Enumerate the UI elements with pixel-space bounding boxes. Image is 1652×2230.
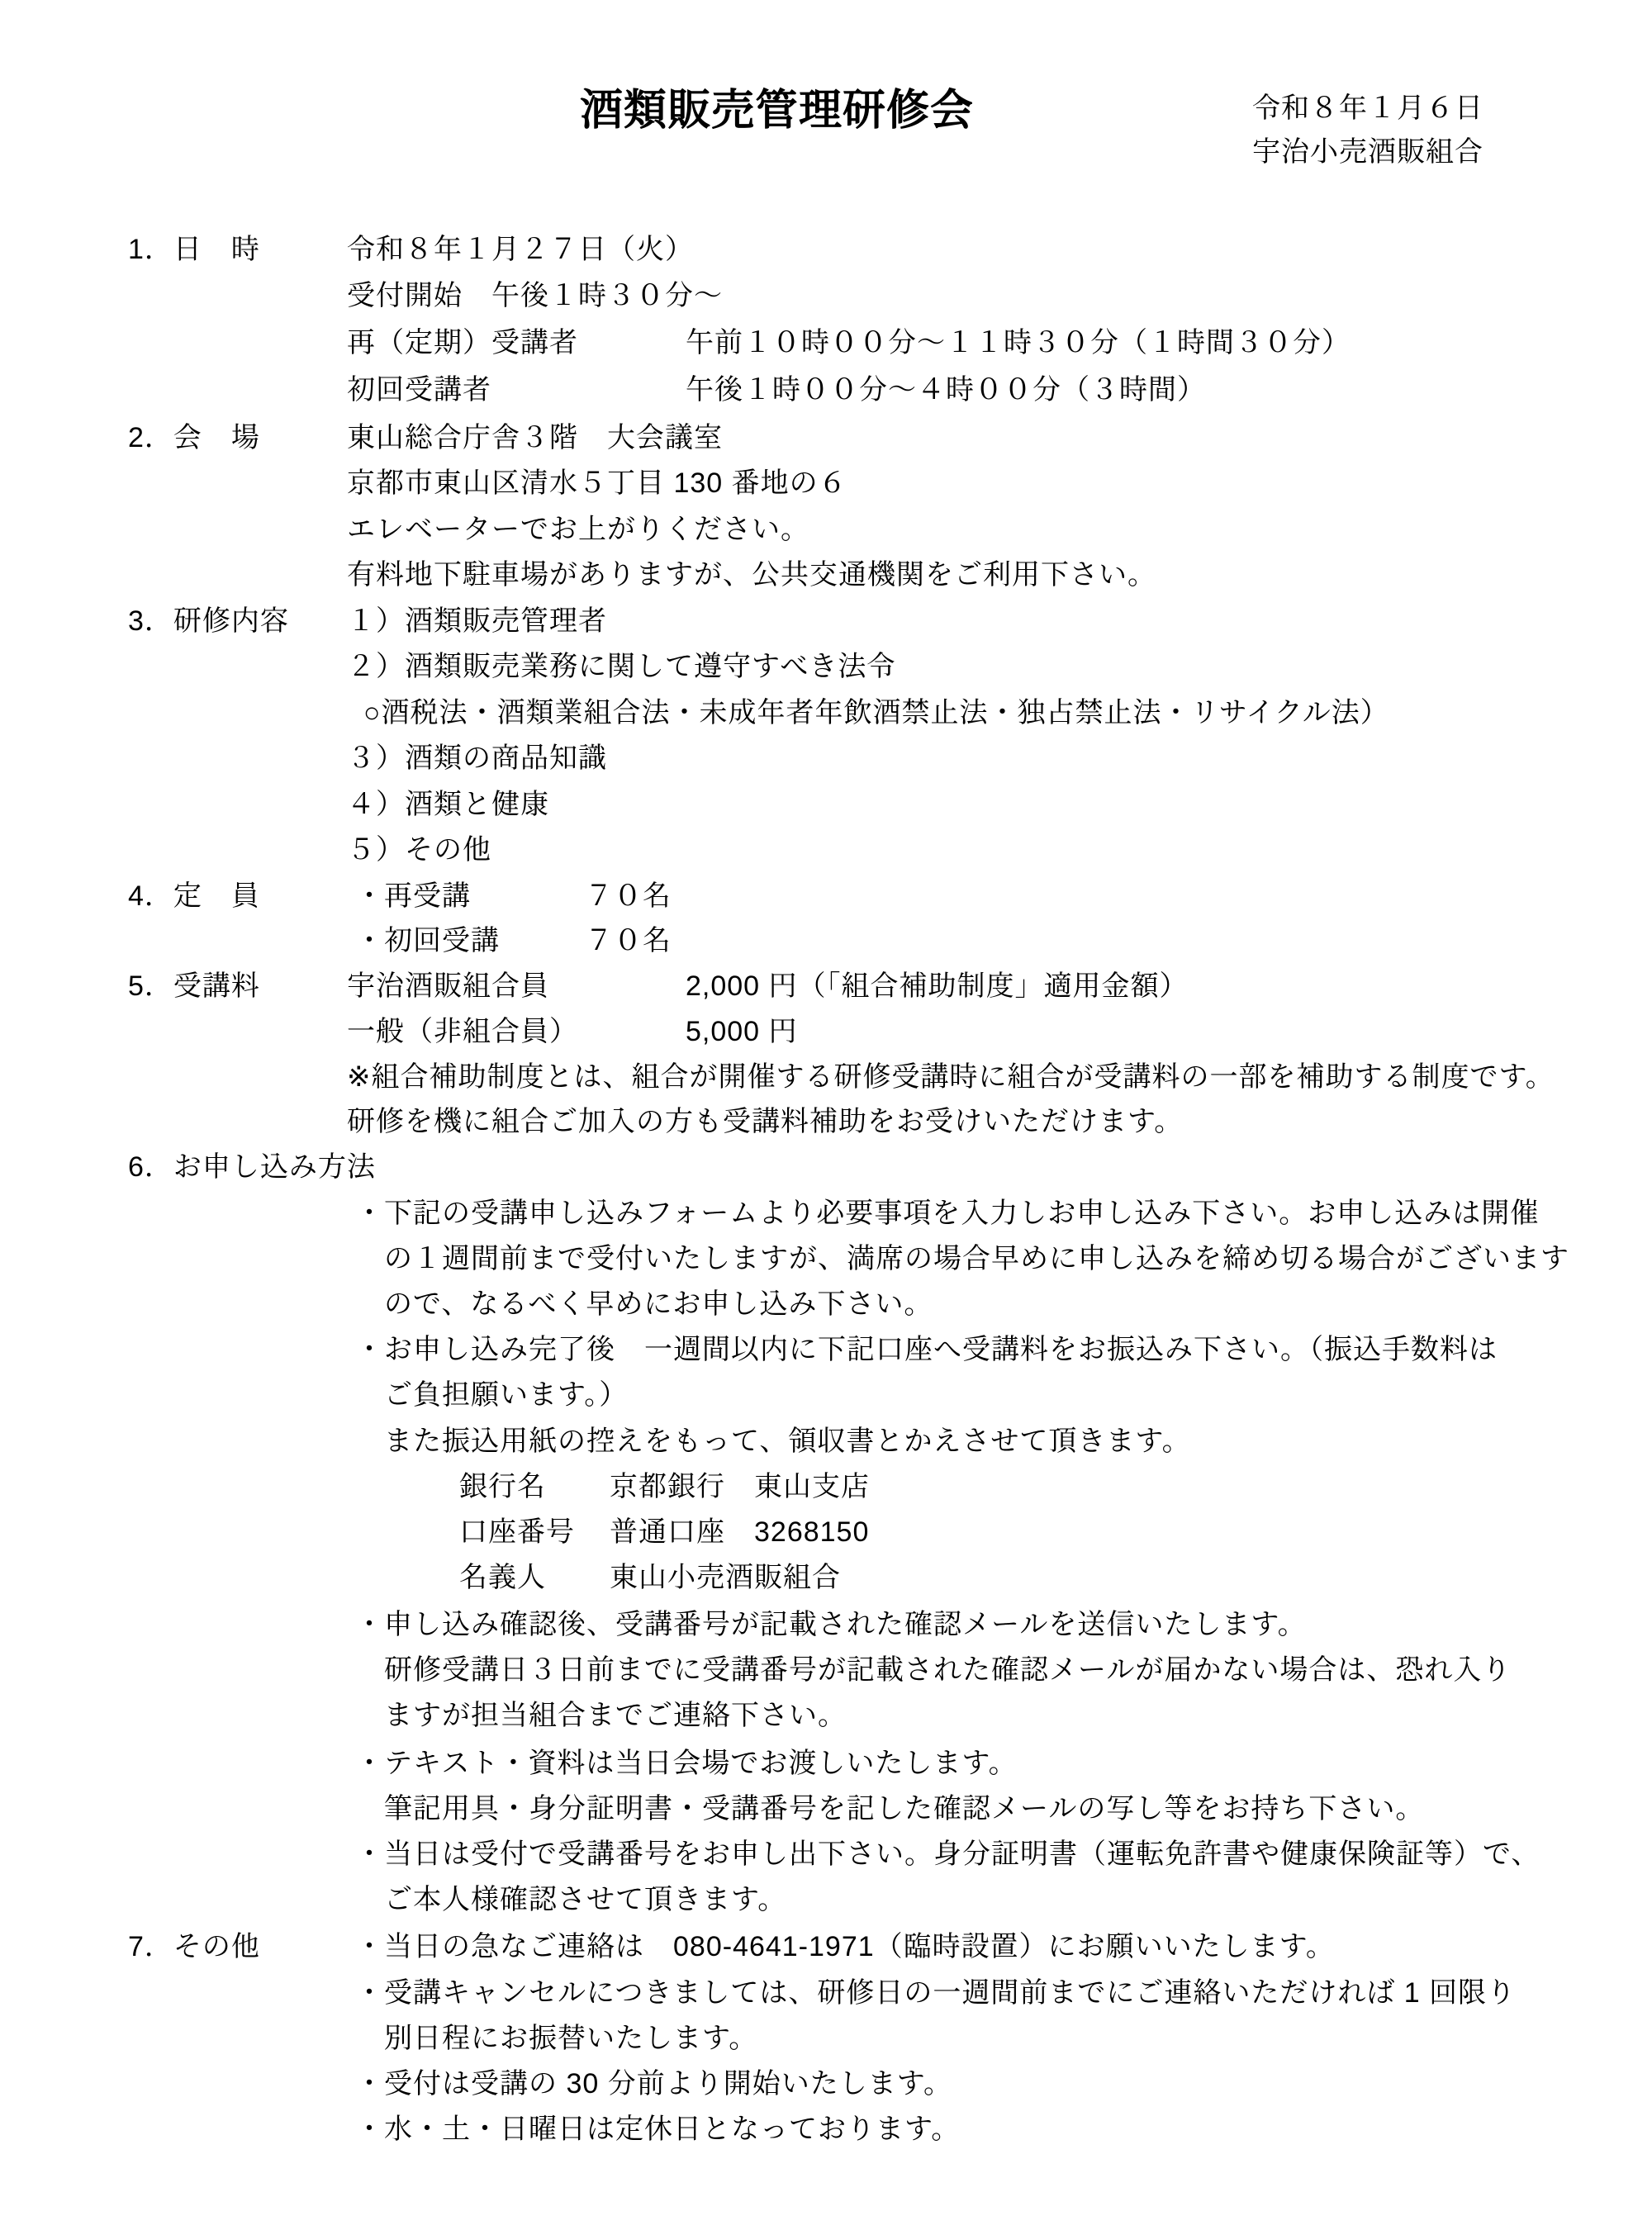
materials-2: 筆記用具・身分証明書・受講番号を記した確認メールの写し等をお持ち下さい。: [0, 1795, 1652, 1836]
id-check-1-part-0: ・当日は受付で受講番号をお申し出下さい。身分証明書（運転免許書や健康保険証等）で…: [355, 1840, 1540, 1870]
account-number-part-0: 口座番号: [459, 1518, 575, 1548]
id-check-2-part-0: ご本人様確認させて頂きます。: [384, 1886, 786, 1915]
bank-name-part-1: 京都銀行 東山支店: [610, 1473, 870, 1502]
section-1-datetime: 1．日 時令和８年１月２７日（火）: [0, 235, 1652, 277]
confirm-mail-3-part-0: ますが担当組合までご連絡下さい。: [384, 1701, 847, 1731]
content-item-5: ５）その他: [0, 836, 1652, 877]
content-item-3: ３）酒類の商品知識: [0, 744, 1652, 785]
confirm-mail-1-part-0: ・申し込み確認後、受講番号が記載された確認メールを送信いたします。: [355, 1611, 1307, 1640]
section-4-capacity-repeat-part-0: 4．定 員: [128, 882, 260, 912]
section-3-content-item-1-part-1: １）酒類販売管理者: [347, 607, 607, 637]
section-4-capacity-repeat: 4．定 員・再受講７０名: [0, 882, 1652, 923]
capacity-first-part-1: ７０名: [585, 927, 672, 956]
document-title: 酒類販売管理研修会: [580, 89, 974, 132]
repeat-attendee-time: 再（定期）受講者午前１０時００分～１１時３０分（１時間３０分）: [0, 329, 1652, 370]
reception-start-part-0: 受付開始 午後１時３０分～: [347, 282, 723, 311]
section-1-datetime-part-1: 令和８年１月２７日（火）: [347, 235, 694, 265]
payment-3-part-0: また振込用紙の控えをもって、領収書とかえさせて頂きます。: [384, 1427, 1191, 1457]
reception-open-note-part-0: ・受付は受講の 30 分前より開始いたします。: [355, 2070, 952, 2100]
id-check-1: ・当日は受付で受講番号をお申し出下さい。身分証明書（運転免許書や健康保険証等）で…: [0, 1840, 1652, 1881]
subsidy-note-1-part-0: ※組合補助制度とは、組合が開催する研修受講時に組合が受講料の一部を補助する制度で…: [347, 1063, 1555, 1093]
account-number-part-1: 普通口座 3268150: [610, 1518, 869, 1548]
repeat-attendee-time-part-1: 午前１０時００分～１１時３０分（１時間３０分）: [686, 329, 1351, 358]
materials-2-part-0: 筆記用具・身分証明書・受講番号を記した確認メールの写し等をお持ち下さい。: [384, 1795, 1424, 1824]
subsidy-note-2-part-0: 研修を機に組合ご加入の方も受講料補助をお受けいただけます。: [347, 1108, 1183, 1137]
apply-form-2: の１週間前まで受付いたしますが、満席の場合早めに申し込みを締め切る場合がございま…: [0, 1245, 1652, 1286]
payment-3: また振込用紙の控えをもって、領収書とかえさせて頂きます。: [0, 1427, 1652, 1468]
subsidy-note-2: 研修を機に組合ご加入の方も受講料補助をお受けいただけます。: [0, 1108, 1652, 1149]
apply-form-1: ・下記の受講申し込みフォームより必要事項を入力しお申し込み下さい。お申し込みは開…: [0, 1199, 1652, 1241]
venue-note-parking: 有料地下駐車場がありますが、公共交通機関をご利用下さい。: [0, 561, 1652, 602]
account-holder: 名義人東山小売酒販組合: [0, 1563, 1652, 1605]
first-attendee-time-part-0: 初回受講者: [347, 376, 491, 406]
content-item-2: ２）酒類販売業務に関して遵守すべき法令: [0, 652, 1652, 694]
apply-form-2-part-0: の１週間前まで受付いたしますが、満席の場合早めに申し込みを締め切る場合がございま…: [384, 1245, 1569, 1274]
venue-address-part-0: 京都市東山区清水５丁目 130 番地の６: [347, 469, 847, 499]
cancel-policy-1: ・受講キャンセルにつきましては、研修日の一週間前までにご連絡いただければ 1 回…: [0, 1979, 1652, 2020]
document-page: 酒類販売管理研修会 令和８年１月６日 宇治小売酒販組合 1．日 時令和８年１月２…: [0, 0, 1652, 2230]
cancel-policy-2: 別日程にお振替いたします。: [0, 2024, 1652, 2066]
content-item-4-part-0: ４）酒類と健康: [347, 790, 549, 820]
materials-1-part-0: ・テキスト・資料は当日会場でお渡しいたします。: [355, 1749, 1018, 1779]
payment-1: ・お申し込み完了後 一週間以内に下記口座へ受講料をお振込み下さい。（振込手数料は: [0, 1336, 1652, 1377]
account-holder-part-0: 名義人: [459, 1563, 546, 1593]
issuer-organization: 宇治小売酒販組合: [1252, 138, 1483, 166]
materials-1: ・テキスト・資料は当日会場でお渡しいたします。: [0, 1749, 1652, 1791]
venue-address: 京都市東山区清水５丁目 130 番地の６: [0, 469, 1652, 510]
bank-name-part-0: 銀行名: [459, 1473, 546, 1502]
confirm-mail-2-part-0: 研修受講日３日前までに受講番号が記載された確認メールが届かない場合は、恐れ入り: [384, 1656, 1511, 1686]
section-4-capacity-repeat-part-1: ・再受講: [355, 882, 471, 912]
section-2-venue-part-1: 東山総合庁舎３階 大会議室: [347, 424, 723, 453]
payment-1-part-0: ・お申し込み完了後 一週間以内に下記口座へ受講料をお振込み下さい。（振込手数料は: [355, 1336, 1498, 1365]
content-item-2-part-0: ２）酒類販売業務に関して遵守すべき法令: [347, 652, 895, 682]
capacity-first: ・初回受講７０名: [0, 927, 1652, 968]
payment-2: ご負担願います。）: [0, 1381, 1652, 1422]
content-item-2-laws: ○酒税法・酒類業組合法・未成年者年飲酒禁止法・独占禁止法・リサイクル法）: [0, 699, 1652, 740]
cancel-policy-2-part-0: 別日程にお振替いたします。: [384, 2024, 757, 2054]
first-attendee-time: 初回受講者午後１時００分～４時００分（３時間）: [0, 376, 1652, 417]
content-item-5-part-0: ５）その他: [347, 836, 491, 866]
subsidy-note-1: ※組合補助制度とは、組合が開催する研修受講時に組合が受講料の一部を補助する制度で…: [0, 1063, 1652, 1104]
section-3-content-item-1-part-0: 3．研修内容: [128, 607, 289, 637]
fee-general-part-0: 一般（非組合員）: [347, 1018, 578, 1047]
section-7-emergency-contact-part-1: ・当日の急なご連絡は 080-4641-1971（臨時設置）にお願いいたします。: [355, 1933, 1335, 1962]
fee-general-part-1: 5,000 円: [686, 1018, 798, 1047]
section-5-fee-member-part-2: 2,000 円（「組合補助制度」適用金額）: [686, 972, 1189, 1002]
content-item-4: ４）酒類と健康: [0, 790, 1652, 832]
section-1-datetime-part-0: 1．日 時: [128, 235, 260, 265]
issue-date: 令和８年１月６日: [1252, 94, 1483, 122]
section-7-emergency-contact-part-0: 7．その他: [128, 1933, 260, 1962]
section-7-emergency-contact: 7．その他・当日の急なご連絡は 080-4641-1971（臨時設置）にお願いい…: [0, 1933, 1652, 1974]
section-5-fee-member-part-1: 宇治酒販組合員: [347, 972, 549, 1002]
reception-start: 受付開始 午後１時３０分～: [0, 282, 1652, 323]
apply-form-1-part-0: ・下記の受講申し込みフォームより必要事項を入力しお申し込み下さい。お申し込みは開…: [355, 1199, 1539, 1229]
account-holder-part-1: 東山小売酒販組合: [610, 1563, 841, 1593]
repeat-attendee-time-part-0: 再（定期）受講者: [347, 329, 578, 358]
reception-open-note: ・受付は受講の 30 分前より開始いたします。: [0, 2070, 1652, 2111]
section-6-heading: 6．お申し込み方法: [0, 1153, 1652, 1194]
cancel-policy-1-part-0: ・受講キャンセルにつきましては、研修日の一週間前までにご連絡いただければ 1 回…: [355, 1979, 1516, 2009]
section-2-venue-part-0: 2．会 場: [128, 424, 260, 453]
closed-days-note-part-0: ・水・土・日曜日は定休日となっております。: [355, 2115, 960, 2145]
fee-general: 一般（非組合員）5,000 円: [0, 1018, 1652, 1059]
closed-days-note: ・水・土・日曜日は定休日となっております。: [0, 2115, 1652, 2156]
apply-form-3: ので、なるべく早めにお申し込み下さい。: [0, 1290, 1652, 1331]
section-2-venue: 2．会 場東山総合庁舎３階 大会議室: [0, 424, 1652, 465]
section-5-fee-member: 5．受講料宇治酒販組合員2,000 円（「組合補助制度」適用金額）: [0, 972, 1652, 1013]
bank-name: 銀行名京都銀行 東山支店: [0, 1473, 1652, 1514]
section-4-capacity-repeat-part-2: ７０名: [585, 882, 672, 912]
first-attendee-time-part-1: 午後１時００分～４時００分（３時間）: [686, 376, 1206, 406]
section-6-heading-part-0: 6．お申し込み方法: [128, 1153, 376, 1183]
confirm-mail-2: 研修受講日３日前までに受講番号が記載された確認メールが届かない場合は、恐れ入り: [0, 1656, 1652, 1697]
venue-note-elevator-part-0: エレベーターでお上がりください。: [347, 515, 809, 545]
content-item-3-part-0: ３）酒類の商品知識: [347, 744, 607, 774]
section-3-content-item-1: 3．研修内容１）酒類販売管理者: [0, 607, 1652, 648]
confirm-mail-1: ・申し込み確認後、受講番号が記載された確認メールを送信いたします。: [0, 1611, 1652, 1652]
venue-note-parking-part-0: 有料地下駐車場がありますが、公共交通機関をご利用下さい。: [347, 561, 1156, 591]
apply-form-3-part-0: ので、なるべく早めにお申し込み下さい。: [384, 1290, 933, 1320]
confirm-mail-3: ますが担当組合までご連絡下さい。: [0, 1701, 1652, 1743]
venue-note-elevator: エレベーターでお上がりください。: [0, 515, 1652, 557]
id-check-2: ご本人様確認させて頂きます。: [0, 1886, 1652, 1927]
capacity-first-part-0: ・初回受講: [355, 927, 500, 956]
section-5-fee-member-part-0: 5．受講料: [128, 972, 260, 1002]
content-item-2-laws-part-0: ○酒税法・酒類業組合法・未成年者年飲酒禁止法・独占禁止法・リサイクル法）: [363, 699, 1389, 728]
account-number: 口座番号普通口座 3268150: [0, 1518, 1652, 1559]
payment-2-part-0: ご負担願います。）: [384, 1381, 628, 1411]
